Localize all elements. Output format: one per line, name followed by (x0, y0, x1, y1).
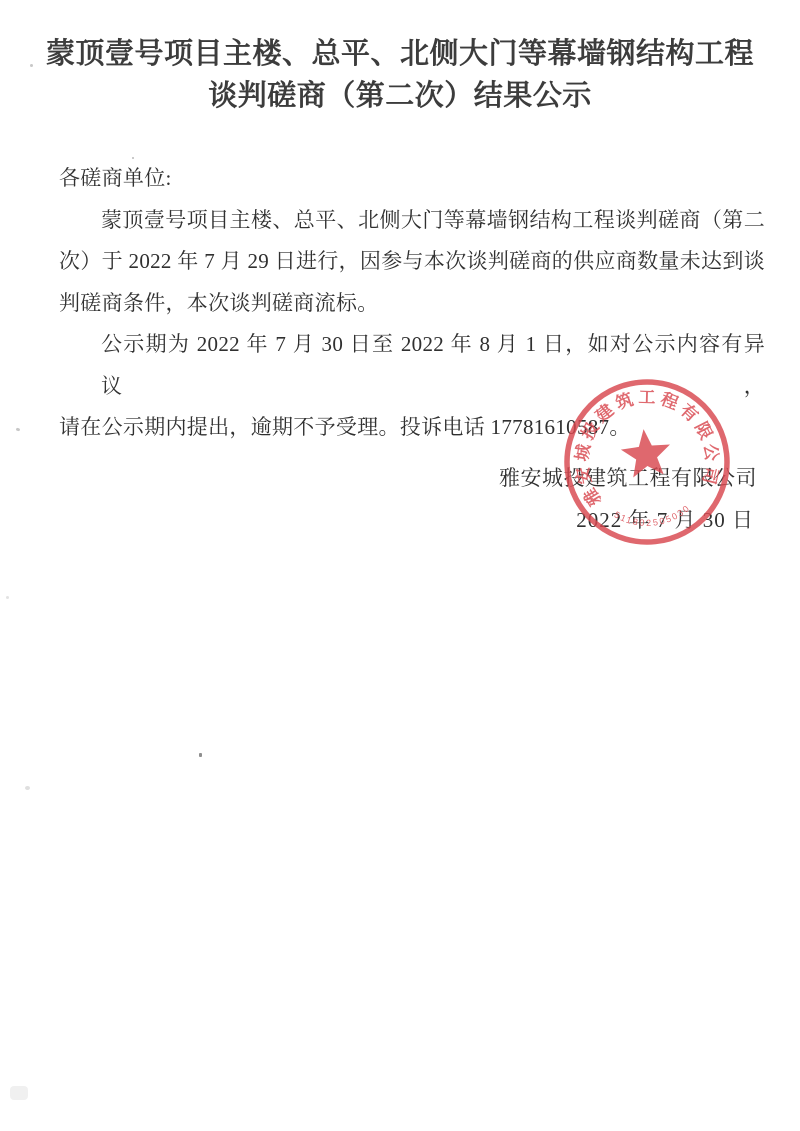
seal-serial-holder: 511802505030 (612, 502, 694, 532)
paragraph1-line3: 判磋商条件，本次谈判磋商流标。 (59, 283, 765, 325)
scan-speck (6, 596, 9, 599)
document-title: 蒙顶壹号项目主楼、总平、北侧大门等幕墙钢结构工程 谈判磋商（第二次）结果公示 (0, 33, 800, 117)
scan-speck (16, 427, 21, 431)
scan-speck (25, 786, 30, 790)
scan-speck (199, 753, 202, 757)
title-line-1: 蒙顶壹号项目主楼、总平、北侧大门等幕墙钢结构工程 (0, 33, 800, 75)
paragraph1-line1: 蒙顶壹号项目主楼、总平、北侧大门等幕墙钢结构工程谈判磋商（第二 (59, 200, 765, 242)
red-star-icon (619, 427, 673, 479)
document-page: 蒙顶壹号项目主楼、总平、北侧大门等幕墙钢结构工程 谈判磋商（第二次）结果公示 各… (0, 0, 800, 1131)
title-line-2: 谈判磋商（第二次）结果公示 (0, 75, 800, 117)
seal-serial-number: 511802505030 (612, 502, 694, 532)
paragraph1-line2: 次）于 2022 年 7 月 29 日进行，因参与本次谈判磋商的供应商数量未达到… (59, 241, 765, 283)
scan-speck (30, 64, 33, 67)
salutation: 各磋商单位: (59, 158, 765, 200)
official-seal: 雅安城投建筑工程有限公司 511802505030 (552, 367, 741, 556)
scan-speck (10, 1086, 28, 1100)
scan-speck (132, 157, 134, 159)
